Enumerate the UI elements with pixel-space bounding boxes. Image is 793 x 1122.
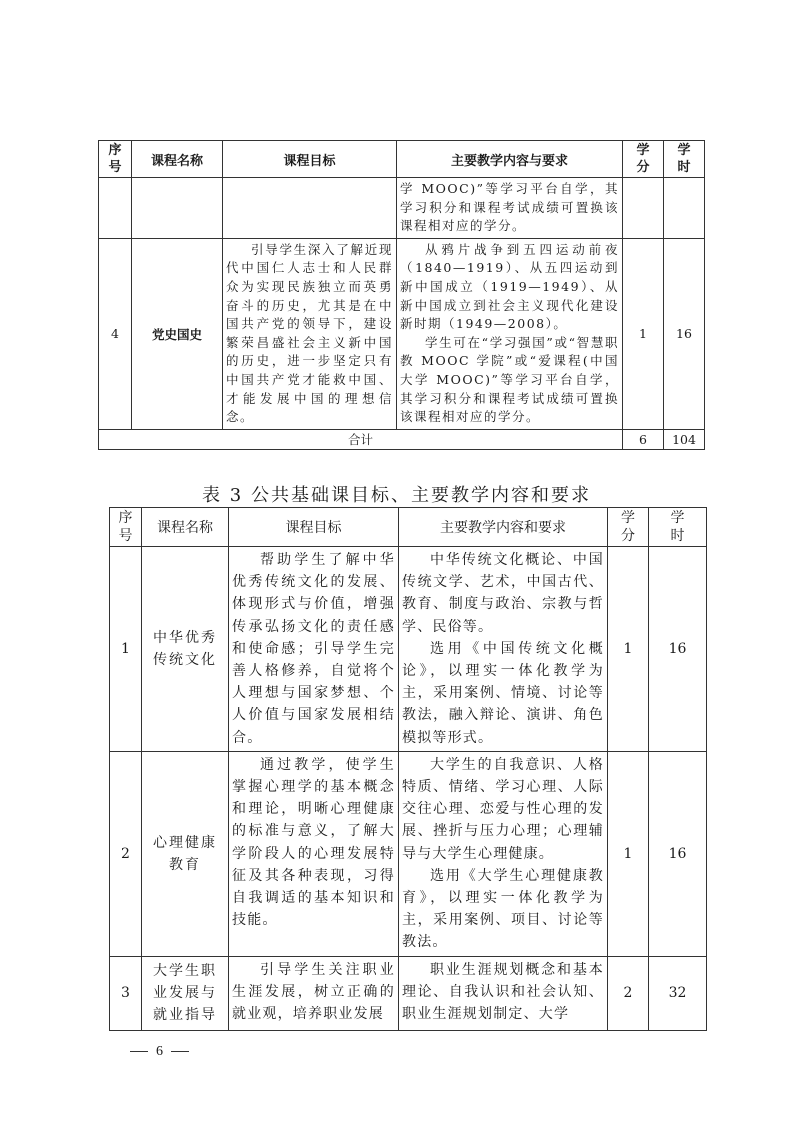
cell-hours: 32 [649,956,707,1030]
table-row: 3 大学生职业发展与就业指导 引导学生关注职业生涯发展，树立正确的就业观，培养职… [110,956,707,1030]
cell-goal: 引导学生关注职业生涯发展，树立正确的就业观，培养职业发展 [229,956,399,1030]
content-paragraph: 学 MOOC)”等学习平台自学，其学习积分和课程考试成绩可置换该课程相对应的学分… [400,181,619,233]
header-seq-line2: 号 [108,160,121,175]
cell-content: 大学生的自我意识、人格特质、情绪、学习心理、人际交往心理、恋爱与性心理的发展、挫… [399,751,608,956]
header-credit-line1: 学 [621,510,635,526]
cell-credit: 1 [623,238,664,429]
content-paragraph: 选用《大学生心理健康教育》，以理实一体化教学为主，采用案例、项目、讨论等教法。 [402,865,604,954]
content-paragraph: 中华传统文化概论、中国传统文学、艺术，中国古代、教育、制度与政治、宗教与哲学、民… [402,549,604,638]
goal-paragraph: 帮助学生了解中华优秀传统文化的发展、体现形式与价值，增强传承弘扬文化的责任感和使… [232,549,395,749]
total-row: 合计 6 104 [99,429,705,449]
header-hours-line1: 学 [671,510,685,526]
header-course-name: 课程名称 [132,141,223,178]
header-credit-line2: 分 [621,528,635,544]
cell-credit [623,178,664,239]
total-label: 合计 [99,429,623,449]
header-course-name: 课程名称 [142,508,229,547]
header-course-goal: 课程目标 [229,508,399,547]
table-caption: 表 3 公共基础课目标、主要教学内容和要求 [0,481,793,507]
table-row: 学 MOOC)”等学习平台自学，其学习积分和课程考试成绩可置换该课程相对应的学分… [99,178,705,239]
cell-seq: 4 [99,238,132,429]
cell-credit: 1 [608,547,649,752]
cell-content: 从鸦片战争到五四运动前夜（1840—1919）、从五四运动到新中国成立（1919… [397,238,623,429]
table-row: 4 党史国史 引导学生深入了解近现代中国仁人志士和人民群众为实现民族独立而英勇奋… [99,238,705,429]
cell-credit: 2 [608,956,649,1030]
goal-paragraph: 引导学生关注职业生涯发展，树立正确的就业观，培养职业发展 [232,959,395,1026]
header-credit-line1: 学 [636,143,649,158]
header-seq-line1: 序 [119,510,133,526]
table-row: 2 心理健康教育 通过教学，使学生掌握心理学的基本概念和理论，明晰心理健康的标准… [110,751,707,956]
page-number-value: 6 [156,1044,163,1059]
header-hours-line2: 时 [671,528,685,544]
dash-right [171,1051,189,1052]
cell-seq: 3 [110,956,142,1030]
goal-paragraph: 引导学生深入了解近现代中国仁人志士和人民群众为实现民族独立而英勇奋斗的历史，尤其… [226,241,393,427]
header-content: 主要教学内容和要求 [399,508,608,547]
cell-seq: 2 [110,751,142,956]
header-hours-line1: 学 [677,143,690,158]
total-credit: 6 [623,429,664,449]
cell-course-name: 党史国史 [132,238,223,429]
header-hours: 学 时 [664,141,705,178]
content-paragraph: 大学生的自我意识、人格特质、情绪、学习心理、人际交往心理、恋爱与性心理的发展、挫… [402,754,604,865]
header-seq: 序 号 [99,141,132,178]
cell-seq: 1 [110,547,142,752]
cell-hours: 16 [649,751,707,956]
cell-content: 学 MOOC)”等学习平台自学，其学习积分和课程考试成绩可置换该课程相对应的学分… [397,178,623,239]
cell-course-name: 中华优秀传统文化 [142,547,229,752]
page-number: 6 [122,1044,197,1060]
header-seq-line2: 号 [119,528,133,544]
header-course-goal: 课程目标 [223,141,397,178]
header-content: 主要教学内容与要求 [397,141,623,178]
header-credit-line2: 分 [636,160,649,175]
cell-goal: 引导学生深入了解近现代中国仁人志士和人民群众为实现民族独立而英勇奋斗的历史，尤其… [223,238,397,429]
table-header-row: 序 号 课程名称 课程目标 主要教学内容和要求 学 分 学 时 [110,508,707,547]
cell-course-name: 心理健康教育 [142,751,229,956]
cell-credit: 1 [608,751,649,956]
cell-goal: 通过教学，使学生掌握心理学的基本概念和理论，明晰心理健康的标准与意义，了解大学阶… [229,751,399,956]
cell-goal: 帮助学生了解中华优秀传统文化的发展、体现形式与价值，增强传承弘扬文化的责任感和使… [229,547,399,752]
content-paragraph: 职业生涯规划概念和基本理论、自我认识和社会认知、职业生涯规划制定、大学 [402,959,604,1026]
cell-seq [99,178,132,239]
cell-hours: 16 [664,238,705,429]
cell-content: 中华传统文化概论、中国传统文学、艺术，中国古代、教育、制度与政治、宗教与哲学、民… [399,547,608,752]
header-hours: 学 时 [649,508,707,547]
cell-hours [664,178,705,239]
table-header-row: 序 号 课程名称 课程目标 主要教学内容与要求 学 分 学 时 [99,141,705,178]
header-hours-line2: 时 [677,160,690,175]
course-table-3: 序 号 课程名称 课程目标 主要教学内容和要求 学 分 学 时 1 中华优秀传统… [109,507,707,1031]
table-row: 1 中华优秀传统文化 帮助学生了解中华优秀传统文化的发展、体现形式与价值，增强传… [110,547,707,752]
header-seq: 序 号 [110,508,142,547]
content-paragraph: 学生可在“学习强国”或“智慧职教 MOOC 学院”或“爱课程(中国大学 MOOC… [400,334,619,427]
cell-course-name [132,178,223,239]
cell-course-name: 大学生职业发展与就业指导 [142,956,229,1030]
course-table-continued: 序 号 课程名称 课程目标 主要教学内容与要求 学 分 学 时 学 MOOC)”… [98,140,705,450]
cell-hours: 16 [649,547,707,752]
header-credit: 学 分 [608,508,649,547]
content-paragraph: 从鸦片战争到五四运动前夜（1840—1919）、从五四运动到新中国成立（1919… [400,241,619,334]
header-seq-line1: 序 [108,143,121,158]
cell-content: 职业生涯规划概念和基本理论、自我认识和社会认知、职业生涯规划制定、大学 [399,956,608,1030]
cell-goal [223,178,397,239]
header-credit: 学 分 [623,141,664,178]
goal-paragraph: 通过教学，使学生掌握心理学的基本概念和理论，明晰心理健康的标准与意义，了解大学阶… [232,754,395,932]
total-hours: 104 [664,429,705,449]
content-paragraph: 选用《中国传统文化概论》，以理实一体化教学为主，采用案例、情境、讨论等教法，融入… [402,638,604,749]
dash-left [130,1051,148,1052]
